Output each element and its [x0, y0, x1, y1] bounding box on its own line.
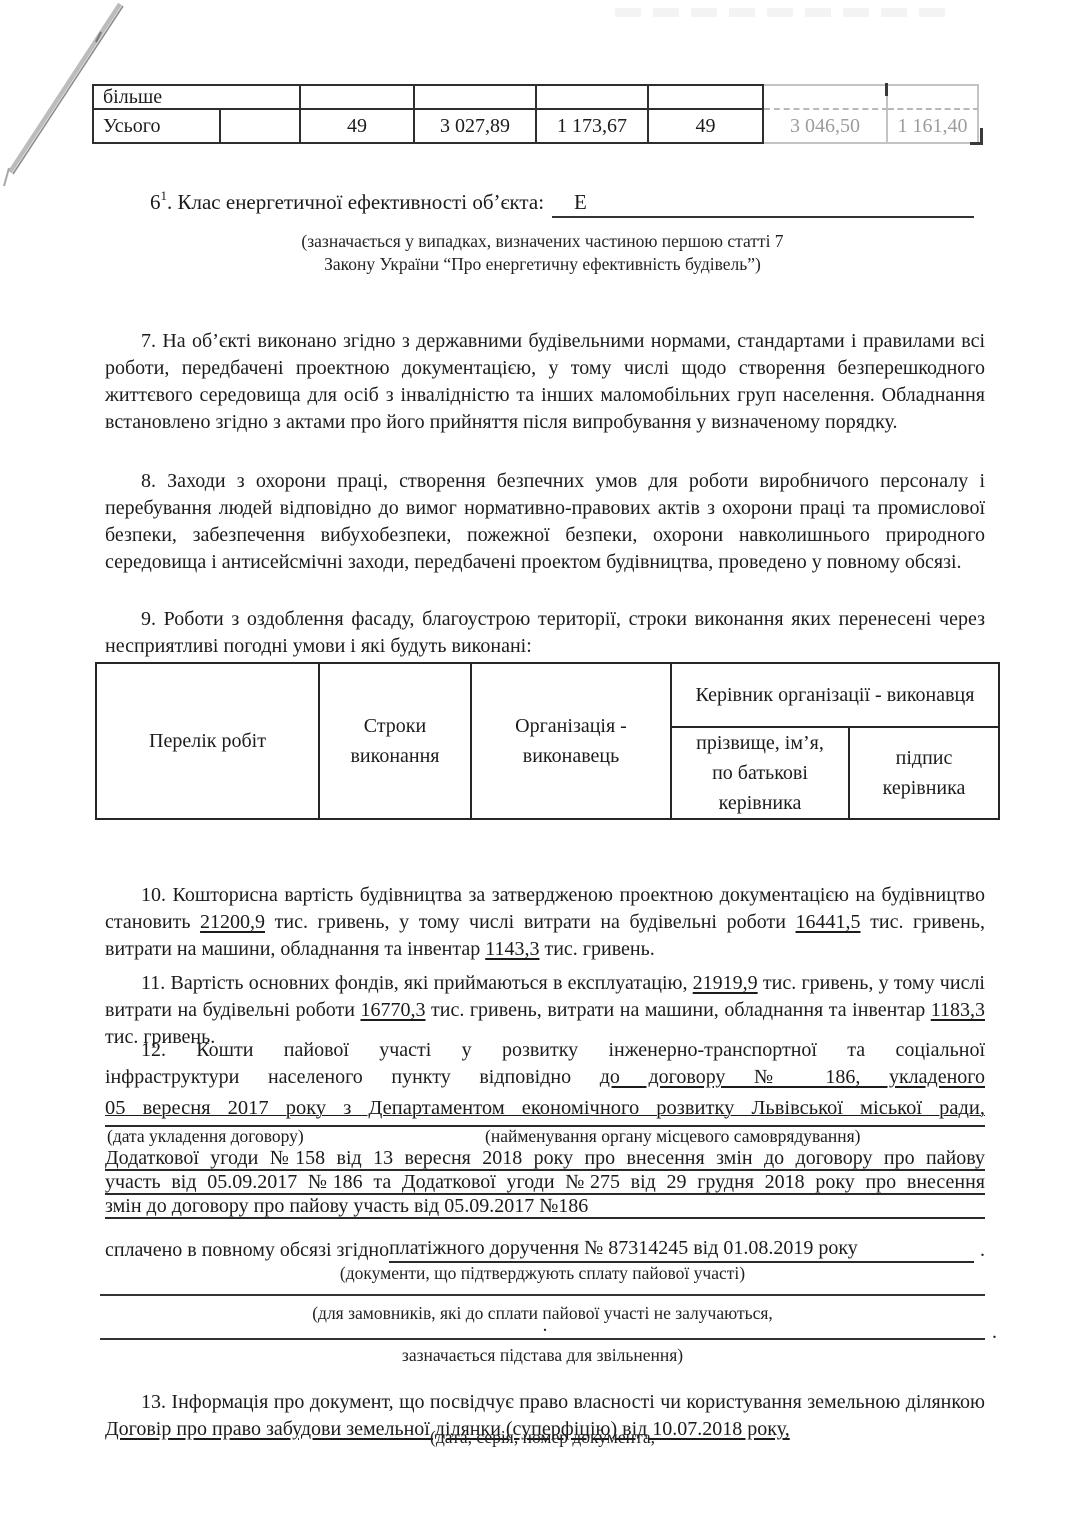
p10-equipment-cost-value: 1143,3 [485, 938, 539, 960]
trailing-period: . [974, 1238, 985, 1263]
paragraph-8: 8. Заходи з охорони праці, створення без… [105, 468, 985, 576]
table-cell-empty [415, 84, 537, 110]
energy-class-value: Е [574, 190, 587, 214]
column-header-organization: Організація - виконавець [472, 664, 672, 818]
note-contract-date: (дата укладення договору) [107, 1126, 304, 1146]
p11-text: тис. гривень, витрати на машини, обладна… [425, 999, 930, 1021]
note-authority-name: (найменування органу місцевого самовряду… [485, 1126, 860, 1147]
energy-class-value-field: Е [552, 190, 974, 218]
table-cell-total-area2: 1 173,67 [537, 110, 649, 144]
table-cell-total-area4-faded: 1 161,40 [888, 110, 979, 144]
paragraph-12-field-notes: (дата укладення договору) (найменування … [107, 1126, 987, 1147]
table-cell-empty [649, 84, 764, 110]
paragraph-12-line2: інфраструктури населеного пункту відпові… [105, 1064, 985, 1091]
paragraph-12-amendments: Додаткової угоди №158 від 13 вересня 201… [105, 1147, 985, 1219]
totals-table: більше Усього 49 3 027,89 1 173,67 49 3 … [92, 84, 979, 144]
column-header-works: Перелік робіт [97, 664, 320, 818]
paragraph-7: 7. На об’єкті виконано згідно з державни… [105, 328, 985, 436]
column-header-executive-signature: підпис керівника [850, 728, 998, 818]
p10-total-cost-value: 21200,9 [200, 911, 265, 933]
energy-class-footnote-line2: Закону України “Про енергетичну ефективн… [100, 253, 985, 276]
table-cell-total-count2: 49 [649, 110, 764, 144]
amendments-line1: Додаткової угоди №158 від 13 вересня 201… [105, 1147, 985, 1171]
superscript-1: 1 [161, 188, 168, 203]
payment-order-reference: платіжного доручення № 87314245 від 01.0… [389, 1236, 858, 1263]
right-period: . [992, 1321, 997, 1344]
p11-text: 11. Вартість основних фондів, які прийма… [141, 972, 693, 994]
deferred-works-table: Перелік робіт Строки виконання Організац… [95, 662, 1000, 820]
p10-text: тис. гривень. [539, 938, 654, 960]
column-header-terms: Строки виконання [320, 664, 472, 818]
blank-field-line [100, 1294, 985, 1296]
scan-ghost-text [615, 8, 945, 17]
table-cell-total-label: Усього [92, 110, 221, 144]
p11-construction-cost-value: 16770,3 [360, 999, 425, 1021]
energy-class-label: 61. Клас енергетичної ефективності об’єк… [150, 189, 544, 215]
payment-text: сплачено в повному обсязі згідно [105, 1238, 389, 1263]
note-exemption-line2: зазначається підстава для звільнення) [100, 1344, 985, 1367]
table-cell-empty [537, 84, 649, 110]
p11-equipment-cost-value: 1183,3 [931, 999, 985, 1021]
p12-text: інфраструктури населеного пункту відпові… [105, 1066, 600, 1088]
amendments-line2: участь від 05.09.2017 №186 та Додаткової… [105, 1171, 985, 1195]
table-cell-empty-faded [888, 84, 979, 110]
paragraph-12-contract-date-line: 05 вересня 2017 року з Департаментом еко… [105, 1095, 985, 1127]
column-header-executive-name: прізвище, ім’я, по батькові керівника [672, 728, 850, 818]
scan-ink-mark [885, 83, 888, 96]
table-cell-more: більше [92, 84, 301, 110]
column-header-executive: Керівник організації - виконавця [672, 664, 998, 728]
scanned-document-page: більше Усього 49 3 027,89 1 173,67 49 3 … [0, 0, 1080, 1526]
p12-contract-number: до договору № 186, укладеного [600, 1066, 985, 1088]
paragraph-10: 10. Кошторисна вартість будівництва за з… [105, 882, 985, 963]
table-cell-total-area1: 3 027,89 [415, 110, 537, 144]
payment-confirmation-line: сплачено в повному обсязі згідно платіжн… [105, 1236, 985, 1263]
center-period: . [543, 1314, 548, 1337]
p10-construction-cost-value: 16441,5 [796, 911, 861, 933]
table-cell-empty [221, 110, 301, 144]
table-cell-empty [301, 84, 415, 110]
table-cell-total-area3-faded: 3 046,50 [764, 110, 888, 144]
p11-assets-value: 21919,9 [693, 972, 758, 994]
note-payment-documents: (документи, що підтверджують сплату пайо… [100, 1262, 985, 1285]
amendments-line3: змін до договору про пайову участь від 0… [105, 1195, 985, 1219]
paragraph-12-line1: 12. Кошти пайової участі у розвитку інже… [105, 1037, 985, 1064]
p12-contract-date-text: 05 вересня 2017 року з Департаментом еко… [105, 1097, 985, 1119]
energy-class-footnote-line1: (зазначається у випадках, визначених час… [100, 230, 985, 253]
p10-text: тис. гривень, у тому числі витрати на бу… [265, 911, 795, 933]
energy-class-line: 61. Клас енергетичної ефективності об’єк… [150, 189, 974, 218]
paragraph-9: 9. Роботи з оздоблення фасаду, благоустр… [105, 606, 985, 660]
scan-bracket-mark [970, 128, 983, 145]
p13-text: 13. Інформація про документ, що посвідчу… [141, 1391, 985, 1413]
blank-field-line-2: . . [100, 1316, 985, 1340]
table-cell-total-count: 49 [301, 110, 415, 144]
table-cell-empty-faded [764, 84, 888, 110]
note-document-details: (дата, серія, номер документа, [100, 1426, 985, 1449]
